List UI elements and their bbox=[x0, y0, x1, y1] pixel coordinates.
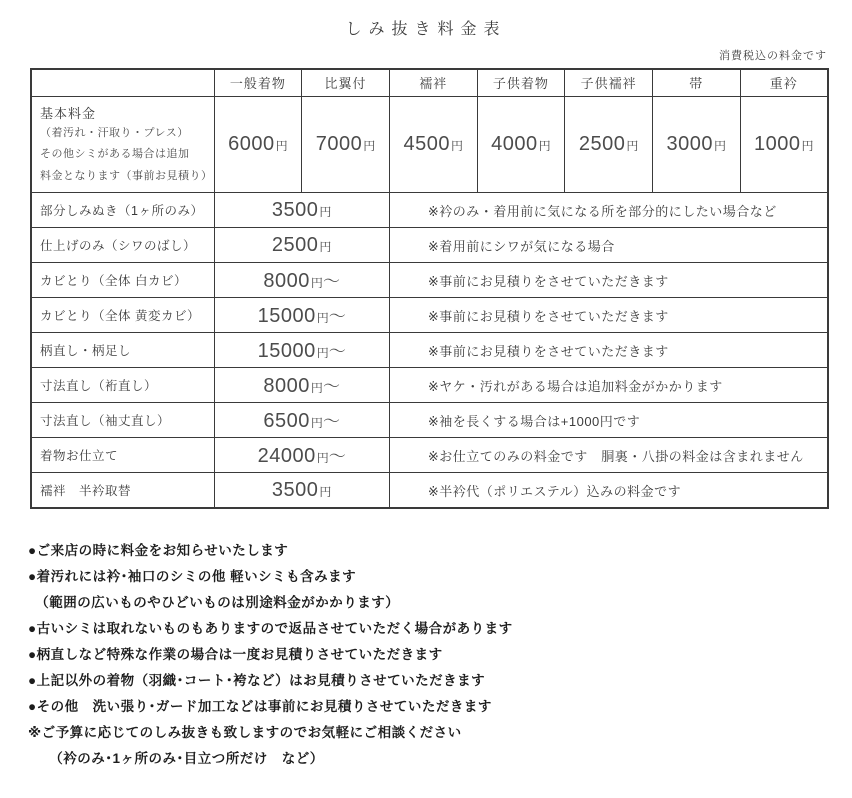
basic-fee-label-cell: 基本料金 （着汚れ・汗取り・プレス） その他シミがある場合は追加 料金となります… bbox=[31, 96, 214, 193]
service-price: 2500円 bbox=[214, 228, 389, 263]
price-amount: 2500 bbox=[272, 234, 319, 256]
price-unit: 円 bbox=[626, 139, 638, 153]
service-price: 8000円～ bbox=[214, 263, 389, 298]
price-unit: 円 bbox=[276, 139, 288, 153]
price-amount: 3500 bbox=[272, 199, 319, 221]
service-price: 6500円～ bbox=[214, 403, 389, 438]
note-item: （衿のみ･1ヶ所のみ･目立つ所だけ など） bbox=[28, 746, 828, 772]
service-price: 3500円 bbox=[214, 473, 389, 508]
service-label: 仕上げのみ（シワのばし） bbox=[31, 228, 214, 263]
price-suffix: ～ bbox=[329, 307, 346, 326]
service-note: ※袖を長くする場合は+1000円です bbox=[389, 403, 827, 438]
price-suffix: ～ bbox=[329, 447, 346, 466]
table-row: 着物お仕立て 24000円～ ※お仕立てのみの料金です 胴裏・八掛の料金は含まれ… bbox=[31, 438, 828, 473]
basic-price-kids-juban: 2500円 bbox=[565, 96, 653, 193]
price-unit: 円 bbox=[319, 240, 331, 254]
service-label: カビとり（全体 白カビ） bbox=[31, 263, 214, 298]
service-label: 着物お仕立て bbox=[31, 438, 214, 473]
price-unit: 円 bbox=[311, 276, 323, 290]
service-label: 柄直し・柄足し bbox=[31, 333, 214, 368]
price-amount: 8000 bbox=[263, 270, 310, 292]
basic-fee-subnote: 料金となります（事前お見積り） bbox=[40, 166, 208, 187]
basic-price-kids-kimono: 4000円 bbox=[477, 96, 565, 193]
basic-fee-subnote: （着汚れ・汗取り・プレス） bbox=[40, 123, 208, 144]
note-item: ●柄直しなど特殊な作業の場合は一度お見積りさせていただきます bbox=[28, 642, 828, 668]
price-amount: 15000 bbox=[258, 305, 316, 327]
service-note: ※お仕立てのみの料金です 胴裏・八掛の料金は含まれません bbox=[389, 438, 827, 473]
note-item: ●ご来店の時に料金をお知らせいたします bbox=[28, 538, 828, 564]
table-header-row: 一般着物 比翼付 襦袢 子供着物 子供襦袢 帯 重衿 bbox=[31, 69, 828, 96]
table-row: 仕上げのみ（シワのばし） 2500円 ※着用前にシワが気になる場合 bbox=[31, 228, 828, 263]
notes-list: ●ご来店の時に料金をお知らせいたします ●着汚れには衿･袖口のシミの他 軽いシミ… bbox=[28, 538, 828, 772]
service-label: カビとり（全体 黄変カビ） bbox=[31, 298, 214, 333]
basic-price-juban: 4500円 bbox=[389, 96, 477, 193]
table-row: 柄直し・柄足し 15000円～ ※事前にお見積りをさせていただきます bbox=[31, 333, 828, 368]
header-cell-obi: 帯 bbox=[652, 69, 740, 96]
service-price: 3500円 bbox=[214, 193, 389, 228]
price-amount: 24000 bbox=[258, 445, 316, 467]
price-list-page: しみ抜き料金表 消費税込の料金です 一般着物 比翼付 襦袢 子供着物 子供襦袢 … bbox=[0, 0, 852, 798]
header-cell-kasane-eri: 重衿 bbox=[740, 69, 828, 96]
basic-price-general-kimono: 6000円 bbox=[214, 96, 302, 193]
price-amount: 3500 bbox=[272, 479, 319, 501]
service-note: ※事前にお見積りをさせていただきます bbox=[389, 298, 827, 333]
price-unit: 円 bbox=[801, 139, 813, 153]
service-price: 8000円～ bbox=[214, 368, 389, 403]
price-amount: 15000 bbox=[258, 340, 316, 362]
header-cell-empty bbox=[31, 69, 214, 96]
price-amount: 1000 bbox=[754, 133, 801, 155]
price-unit: 円 bbox=[451, 139, 463, 153]
page-title: しみ抜き料金表 bbox=[0, 16, 852, 39]
price-amount: 6000 bbox=[228, 133, 275, 155]
price-amount: 8000 bbox=[263, 375, 310, 397]
header-cell-hiyokutsuki: 比翼付 bbox=[302, 69, 390, 96]
note-item: ●その他 洗い張り･ガード加工などは事前にお見積りさせていただきます bbox=[28, 694, 828, 720]
price-suffix: ～ bbox=[329, 342, 346, 361]
service-note: ※事前にお見積りをさせていただきます bbox=[389, 333, 827, 368]
price-table: 一般着物 比翼付 襦袢 子供着物 子供襦袢 帯 重衿 基本料金 （着汚れ・汗取り… bbox=[30, 68, 829, 509]
price-unit: 円 bbox=[539, 139, 551, 153]
price-amount: 4000 bbox=[491, 133, 538, 155]
price-amount: 2500 bbox=[579, 133, 626, 155]
table-row: カビとり（全体 黄変カビ） 15000円～ ※事前にお見積りをさせていただきます bbox=[31, 298, 828, 333]
price-unit: 円 bbox=[714, 139, 726, 153]
service-label: 襦袢 半衿取替 bbox=[31, 473, 214, 508]
price-amount: 6500 bbox=[263, 410, 310, 432]
basic-fee-subnote: その他シミがある場合は追加 bbox=[40, 144, 208, 165]
service-note: ※ヤケ・汚れがある場合は追加料金がかかります bbox=[389, 368, 827, 403]
basic-fee-row: 基本料金 （着汚れ・汗取り・プレス） その他シミがある場合は追加 料金となります… bbox=[31, 96, 828, 193]
table-row: 襦袢 半衿取替 3500円 ※半衿代（ポリエステル）込みの料金です bbox=[31, 473, 828, 508]
table-row: 部分しみぬき（1ヶ所のみ） 3500円 ※衿のみ・着用前に気になる所を部分的にし… bbox=[31, 193, 828, 228]
price-unit: 円 bbox=[311, 381, 323, 395]
price-amount: 7000 bbox=[316, 133, 363, 155]
table-row: 寸法直し（裄直し） 8000円～ ※ヤケ・汚れがある場合は追加料金がかかります bbox=[31, 368, 828, 403]
basic-fee-label: 基本料金 bbox=[40, 104, 208, 124]
note-item: ●古いシミは取れないものもありますので返品させていただく場合があります bbox=[28, 616, 828, 642]
table-row: 寸法直し（袖丈直し） 6500円～ ※袖を長くする場合は+1000円です bbox=[31, 403, 828, 438]
price-suffix: ～ bbox=[323, 272, 340, 291]
service-price: 24000円～ bbox=[214, 438, 389, 473]
basic-price-kasane-eri: 1000円 bbox=[740, 96, 828, 193]
header-cell-juban: 襦袢 bbox=[389, 69, 477, 96]
price-unit: 円 bbox=[311, 416, 323, 430]
service-price: 15000円～ bbox=[214, 298, 389, 333]
service-note: ※着用前にシワが気になる場合 bbox=[389, 228, 827, 263]
service-note: ※半衿代（ポリエステル）込みの料金です bbox=[389, 473, 827, 508]
price-unit: 円 bbox=[317, 451, 329, 465]
price-unit: 円 bbox=[319, 205, 331, 219]
tax-included-note: 消費税込の料金です bbox=[719, 47, 827, 63]
header-cell-kids-juban: 子供襦袢 bbox=[565, 69, 653, 96]
price-suffix: ～ bbox=[323, 412, 340, 431]
service-label: 部分しみぬき（1ヶ所のみ） bbox=[31, 193, 214, 228]
service-price: 15000円～ bbox=[214, 333, 389, 368]
basic-price-hiyokutsuki: 7000円 bbox=[302, 96, 390, 193]
header-cell-general-kimono: 一般着物 bbox=[214, 69, 302, 96]
price-unit: 円 bbox=[317, 346, 329, 360]
note-item: ●上記以外の着物（羽織･コート･袴など）はお見積りさせていただきます bbox=[28, 668, 828, 694]
service-note: ※衿のみ・着用前に気になる所を部分的にしたい場合など bbox=[389, 193, 827, 228]
header-cell-kids-kimono: 子供着物 bbox=[477, 69, 565, 96]
note-item: （範囲の広いものやひどいものは別途料金がかかります） bbox=[28, 590, 828, 616]
service-label: 寸法直し（袖丈直し） bbox=[31, 403, 214, 438]
basic-price-obi: 3000円 bbox=[652, 96, 740, 193]
price-unit: 円 bbox=[317, 311, 329, 325]
service-label: 寸法直し（裄直し） bbox=[31, 368, 214, 403]
price-suffix: ～ bbox=[323, 377, 340, 396]
service-note: ※事前にお見積りをさせていただきます bbox=[389, 263, 827, 298]
price-amount: 4500 bbox=[403, 133, 450, 155]
note-item: ※ご予算に応じてのしみ抜きも致しますのでお気軽にご相談ください bbox=[28, 720, 828, 746]
price-amount: 3000 bbox=[667, 133, 714, 155]
price-unit: 円 bbox=[319, 485, 331, 499]
note-item: ●着汚れには衿･袖口のシミの他 軽いシミも含みます bbox=[28, 564, 828, 590]
table-row: カビとり（全体 白カビ） 8000円～ ※事前にお見積りをさせていただきます bbox=[31, 263, 828, 298]
price-unit: 円 bbox=[363, 139, 375, 153]
